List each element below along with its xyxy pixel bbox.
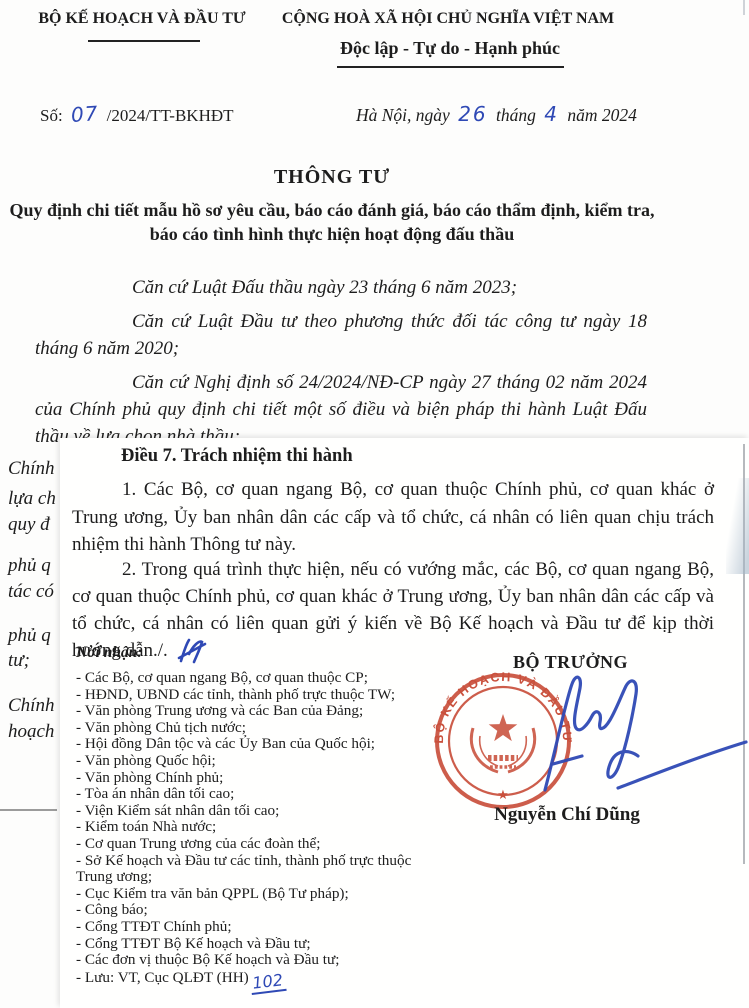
recipient-item: - Công báo;	[76, 902, 424, 919]
margin-fragment: hoạch	[8, 721, 54, 743]
citation-paragraph: Căn cứ Luật Đầu tư theo phương thức đối …	[35, 308, 647, 362]
handwritten-number-102: 102	[249, 972, 286, 995]
recipient-item: - Văn phòng Chủ tịch nước;	[76, 720, 424, 737]
citations-block: Căn cứ Luật Đấu thầu ngày 23 tháng 6 năm…	[35, 274, 647, 457]
doc-date-line: Hà Nội, ngày 26 tháng 4 năm 2024	[356, 102, 637, 126]
date-year: năm 2024	[567, 105, 637, 125]
date-month-label: tháng	[496, 105, 536, 125]
doc-number-rest: /2024/TT-BKHĐT	[107, 106, 234, 125]
scan-edge-artifact	[743, 0, 745, 15]
doc-number-line: Số: 07 /2024/TT-BKHĐT	[40, 102, 234, 126]
recipient-item: - Kiểm toán Nhà nước;	[76, 819, 424, 836]
margin-fragment: phủ q	[8, 555, 51, 577]
overlay-page: Điều 7. Trách nhiệm thi hành 1. Các Bộ, …	[60, 438, 749, 1008]
document-page: BỘ KẾ HOẠCH VÀ ĐẦU TƯ CỘNG HOÀ XÃ HỘI CH…	[0, 0, 749, 1008]
recipient-item: - Cục Kiểm tra văn bản QPPL (Bộ Tư pháp)…	[76, 886, 424, 903]
date-place: Hà Nội, ngày	[356, 105, 450, 125]
signature-ink	[510, 664, 748, 819]
recipient-item: - Viện Kiểm sát nhân dân tối cao;	[76, 803, 424, 820]
margin-fragment: phủ q	[8, 625, 51, 647]
margin-fragment: tư;	[8, 650, 30, 672]
recipient-item: - Văn phòng Chính phủ;	[76, 770, 424, 787]
handwritten-day: 26	[458, 102, 487, 126]
header-motto: Độc lập - Tự do - Hạnh phúc	[330, 38, 570, 59]
margin-fragment: Chính	[8, 458, 54, 480]
header-motto-underline	[337, 66, 564, 68]
recipient-item: - Các Bộ, cơ quan ngang Bộ, cơ quan thuộ…	[76, 670, 424, 687]
signer-name: Nguyễn Chí Dũng	[472, 804, 662, 826]
recipients-block: Nơi nhận: - Các Bộ, cơ quan ngang Bộ, cơ…	[76, 644, 424, 987]
recipient-item: - Văn phòng Quốc hội;	[76, 753, 424, 770]
margin-fragment: tác có	[8, 581, 54, 603]
handwritten-month: 4	[544, 102, 559, 126]
recipient-item: - Các đơn vị thuộc Bộ Kế hoạch và Đầu tư…	[76, 952, 424, 969]
doc-number-label: Số:	[40, 106, 63, 125]
header-org: BỘ KẾ HOẠCH VÀ ĐẦU TƯ	[26, 8, 258, 29]
margin-fragment: quy đ	[8, 514, 50, 536]
recipient-item: - Văn phòng Trung ương và các Ban của Đả…	[76, 703, 424, 720]
recipient-item: - Hội đồng Dân tộc và các Ủy Ban của Quố…	[76, 736, 424, 753]
citation-paragraph: Căn cứ Luật Đấu thầu ngày 23 tháng 6 năm…	[35, 274, 647, 301]
recipient-item: - Sở Kế hoạch và Đầu tư các tỉnh, thành …	[76, 853, 424, 886]
recipient-item: - Cơ quan Trung ương của các đoàn thể;	[76, 836, 424, 853]
article-heading: Điều 7. Trách nhiệm thi hành	[121, 446, 353, 467]
page-edge-shadow	[726, 478, 749, 574]
header-org-underline	[88, 40, 200, 42]
doc-title: THÔNG TƯ	[0, 166, 664, 189]
header-republic: CỘNG HOÀ XÃ HỘI CHỦ NGHĨA VIỆT NAM	[262, 8, 634, 29]
handwritten-doc-number: 07	[70, 101, 99, 127]
bottom-left-rule	[0, 809, 57, 811]
recipient-item: - Tòa án nhân dân tối cao;	[76, 786, 424, 803]
seal-bottom-star-icon: ★	[497, 787, 509, 802]
recipient-item: - Cổng TTĐT Chính phủ;	[76, 919, 424, 936]
recipient-item: - HĐND, UBND các tỉnh, thành phố trực th…	[76, 687, 424, 704]
margin-fragment: Chính	[8, 695, 54, 717]
recipients-label: Nơi nhận:	[76, 644, 424, 662]
doc-subtitle: Quy định chi tiết mẫu hồ sơ yêu cầu, báo…	[2, 198, 662, 246]
article-clause-1: 1. Các Bộ, cơ quan ngang Bộ, cơ quan thu…	[72, 476, 714, 559]
recipients-list: - Các Bộ, cơ quan ngang Bộ, cơ quan thuộ…	[76, 670, 424, 969]
margin-fragment: lựa ch	[8, 488, 56, 510]
recipient-luu-text: - Lưu: VT, Cục QLĐT (HH)	[76, 969, 249, 986]
recipient-item: - Cổng TTĐT Bộ Kế hoạch và Đầu tư;	[76, 936, 424, 953]
recipient-luu-row: - Lưu: VT, Cục QLĐT (HH)102	[76, 969, 424, 988]
